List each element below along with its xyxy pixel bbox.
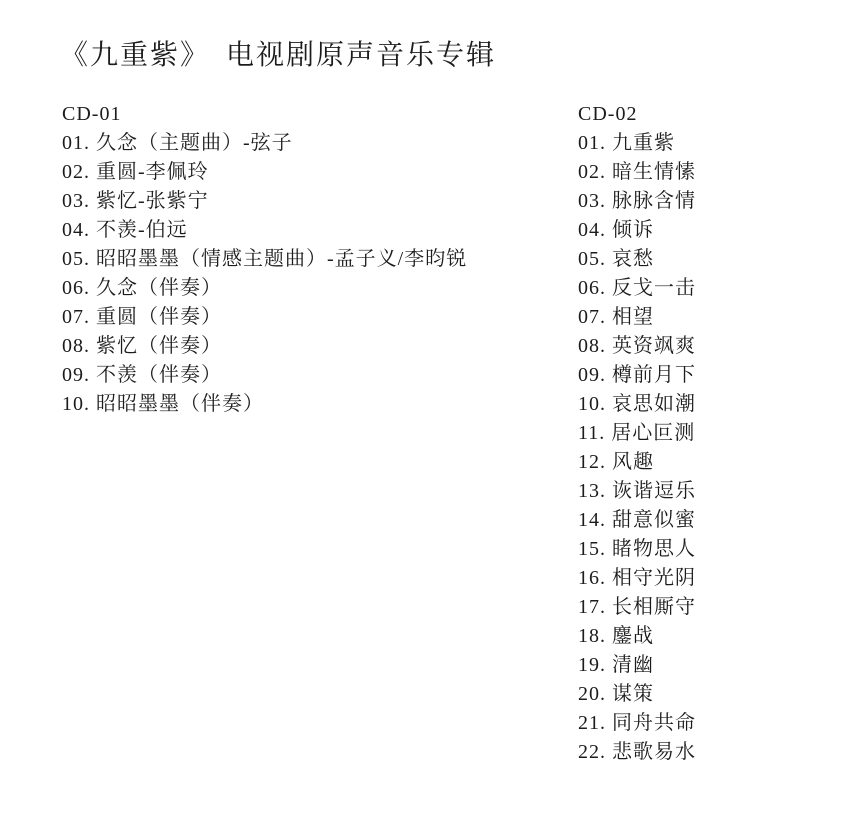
track-item: 07. 重圆（伴奏） — [62, 303, 552, 332]
track-item: 20. 谋策 — [578, 680, 858, 709]
track-item: 04. 不羡-伯远 — [62, 216, 552, 245]
track-item: 08. 紫忆（伴奏） — [62, 332, 552, 361]
track-list-cd02: 01. 九重紫02. 暗生情愫03. 脉脉含情04. 倾诉05. 哀愁06. 反… — [578, 129, 858, 767]
track-item: 15. 睹物思人 — [578, 535, 858, 564]
disc-cd01: CD-01 01. 久念（主题曲）-弦子02. 重圆-李佩玲03. 紫忆-张紫宁… — [62, 100, 552, 419]
track-item: 09. 不羡（伴奏） — [62, 361, 552, 390]
track-item: 03. 脉脉含情 — [578, 187, 858, 216]
track-item: 09. 樽前月下 — [578, 361, 858, 390]
track-item: 16. 相守光阴 — [578, 564, 858, 593]
track-item: 01. 九重紫 — [578, 129, 858, 158]
track-item: 02. 暗生情愫 — [578, 158, 858, 187]
track-list-cd01: 01. 久念（主题曲）-弦子02. 重圆-李佩玲03. 紫忆-张紫宁04. 不羡… — [62, 129, 552, 419]
track-item: 08. 英资飒爽 — [578, 332, 858, 361]
track-item: 04. 倾诉 — [578, 216, 858, 245]
track-item: 18. 鏖战 — [578, 622, 858, 651]
disc-label-cd02: CD-02 — [578, 100, 858, 129]
album-title: 《九重紫》 电视剧原声音乐专辑 — [60, 33, 496, 73]
track-item: 07. 相望 — [578, 303, 858, 332]
disc-cd02: CD-02 01. 九重紫02. 暗生情愫03. 脉脉含情04. 倾诉05. 哀… — [578, 100, 858, 767]
track-item: 05. 昭昭墨墨（情感主题曲）-孟子义/李昀锐 — [62, 245, 552, 274]
track-item: 17. 长相厮守 — [578, 593, 858, 622]
track-item: 06. 久念（伴奏） — [62, 274, 552, 303]
track-item: 14. 甜意似蜜 — [578, 506, 858, 535]
track-item: 05. 哀愁 — [578, 245, 858, 274]
track-item: 11. 居心叵测 — [578, 419, 858, 448]
track-item: 03. 紫忆-张紫宁 — [62, 187, 552, 216]
track-item: 19. 清幽 — [578, 651, 858, 680]
track-item: 10. 哀思如潮 — [578, 390, 858, 419]
album-tracklist-page: 《九重紫》 电视剧原声音乐专辑 CD-01 01. 久念（主题曲）-弦子02. … — [0, 0, 861, 826]
track-item: 06. 反戈一击 — [578, 274, 858, 303]
track-item: 13. 诙谐逗乐 — [578, 477, 858, 506]
track-item: 10. 昭昭墨墨（伴奏） — [62, 390, 552, 419]
disc-label-cd01: CD-01 — [62, 100, 552, 129]
track-item: 01. 久念（主题曲）-弦子 — [62, 129, 552, 158]
track-item: 12. 风趣 — [578, 448, 858, 477]
track-item: 22. 悲歌易水 — [578, 738, 858, 767]
track-item: 02. 重圆-李佩玲 — [62, 158, 552, 187]
track-item: 21. 同舟共命 — [578, 709, 858, 738]
